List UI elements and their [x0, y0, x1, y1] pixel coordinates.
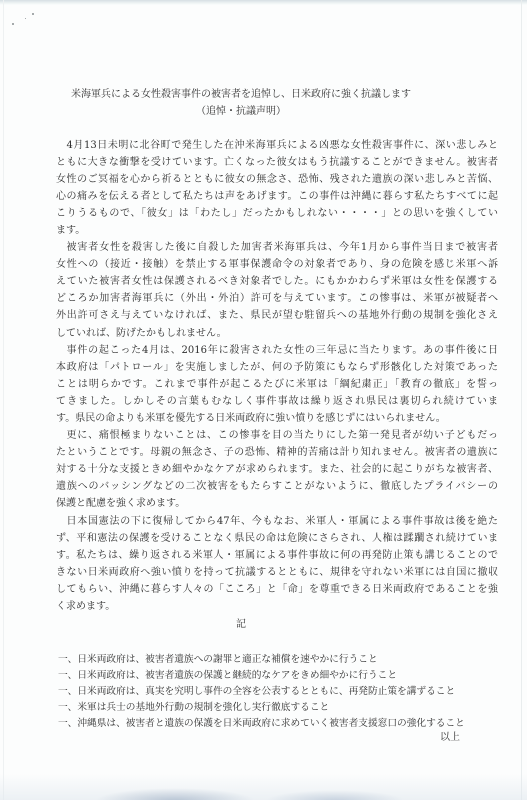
paragraph-line: ともに大きな衝撃を受けています。亡くなった彼女はもう抗議することができません。被… — [56, 154, 498, 171]
demand-item: 一、日米両政府は、被害者遺族の保護と継続的なケアをきめ細やかに行うこと — [58, 668, 508, 684]
paragraph-line: きない日米両政府へ強い憤りを持って抗議するとともに、規律を守れない米軍には自国に… — [56, 564, 498, 581]
demand-item: 一、日米両政府は、被害者遺族への謝罪と適正な補償を速やかに行うこと — [58, 652, 508, 668]
paragraph-line: 遺族へのバッシングなどの二次被害をもたらすことがないように、徹底したプライバシー… — [56, 478, 498, 495]
paragraph-line: す。県民の命よりも米軍を優先する日米両政府に強い憤りを感じずにはいられません。 — [56, 410, 498, 427]
demand-item: 一、沖縄県は、被害者と遺族の保護を日米両政府に求めていく被害者支援窓口の強化する… — [58, 716, 508, 732]
demand-marker: 一、 — [58, 654, 77, 665]
paragraph-line: てきました。しかしその言葉もむなしく事件事故は繰り返され県民は裏切られ続けていま — [56, 393, 498, 410]
paragraph-line: 女性のご冥福を心から祈るとともに彼女の無念さ、恐怖、残された遺族の深い悲しみと苦… — [56, 171, 498, 188]
paragraph-line: 心の痛みを伝える者として私たちは声をあげます。この事件は沖縄に暮らす私たちすべて… — [56, 188, 498, 205]
demands-list: 一、日米両政府は、被害者遺族への謝罪と適正な補償を速やかに行うこと 一、日米両政… — [58, 652, 508, 732]
paragraph-line: 保護と配慮を強く求めます。 — [56, 495, 498, 512]
scan-smudge — [0, 774, 527, 800]
paragraph-line: 事件の起こった4月は、2016年に殺害された女性の三年忌に当たります。あの事件後… — [56, 342, 498, 359]
paragraph-line: ことは明らかです。これまで事件が起こるたびに米軍は「綱紀粛正」「教育の徹底」を誓… — [56, 376, 498, 393]
demand-marker: 一、 — [58, 670, 77, 681]
scan-right-edge — [521, 0, 522, 800]
ki-heading: 記 — [40, 618, 442, 632]
document-title: 米海軍兵による女性殺害事件の被害者を追悼し、日米政府に強く抗議します — [40, 88, 442, 102]
paragraph: 被害者女性を殺害した後に自殺した加害者米海軍兵は、今年1月から事件当日まで被害者… — [56, 239, 498, 342]
closing-mark: 以上 — [440, 731, 460, 745]
paragraph-line: 4月13日未明に北谷町で発生した在沖米海軍兵による凶悪な女性殺害事件に、深い悲し… — [56, 137, 498, 154]
paragraph-line: 日本国憲法の下に復帰してから47年、今もなお、米軍人・軍属による事件事故は後を絶… — [56, 513, 498, 530]
scanned-page: 米海軍兵による女性殺害事件の被害者を追悼し、日米政府に強く抗議します （追悼・抗… — [0, 0, 527, 800]
scan-speck — [32, 13, 34, 15]
scan-left-edge — [3, 0, 4, 800]
paragraph-line: してもらい、沖縄に暮らす人々の「こころ」と「命」を尊重できる日米両政府であること… — [56, 581, 498, 598]
demand-text: 日米両政府は、被害者遺族への謝罪と適正な補償を速やかに行うこと — [77, 654, 377, 665]
paragraph-line: たということです。母親の無念さ、子の恐怖、精神的苦痛は計り知れません。被害者の遺… — [56, 444, 498, 461]
document-subtitle: （追悼・抗議声明） — [40, 105, 442, 119]
paragraph: 更に、痛恨極まりないことは、この惨事を目の当たりにした第一発見者が幼い子どもだっ… — [56, 427, 498, 512]
paragraph-line: していれば、防げたかもしれません。 — [56, 325, 498, 342]
demand-marker: 一、 — [58, 718, 77, 729]
demand-item: 一、日米両政府は、真実を究明し事件の全容を公表するとともに、再発防止策を講ずるこ… — [58, 684, 508, 700]
paragraph-line: ます。 — [56, 222, 498, 239]
demand-text: 沖縄県は、被害者と遺族の保護を日米両政府に求めていく被害者支援窓口の強化すること — [77, 718, 465, 729]
scan-top-edge — [0, 0, 527, 5]
demand-item: 一、米軍は兵士の基地外行動の規制を強化し実行徹底すること — [58, 700, 508, 716]
paragraph: 事件の起こった4月は、2016年に殺害された女性の三年忌に当たります。あの事件後… — [56, 342, 498, 427]
scan-speck — [25, 18, 26, 19]
paragraph-line: 更に、痛恨極まりないことは、この惨事を目の当たりにした第一発見者が幼い子どもだっ — [56, 427, 498, 444]
demand-text: 米軍は兵士の基地外行動の規制を強化し実行徹底すること — [77, 702, 329, 713]
paragraph: 4月13日未明に北谷町で発生した在沖米海軍兵による凶悪な女性殺害事件に、深い悲し… — [56, 137, 498, 240]
paragraph-line: どころか加害者海軍兵に（外出・外泊）許可を与えています。この惨事は、米軍が被疑者… — [56, 290, 498, 307]
paragraph-line: えていた被害者女性は保護されるべき対象者でした。にもかかわらず米軍は女性を保護す… — [56, 273, 498, 290]
paragraph: 日本国憲法の下に復帰してから47年、今もなお、米軍人・軍属による事件事故は後を絶… — [56, 513, 498, 616]
paragraph-line: こりうるもので、「彼女」は「わたし」だったかもしれない・・・・」との思いを強くし… — [56, 205, 498, 222]
paragraph-line: す。私たちは、繰り返される米軍人・軍属による事件事故に何の再発防止策も講じること… — [56, 547, 498, 564]
paragraph-line: く求めます。 — [56, 598, 498, 615]
demand-marker: 一、 — [58, 702, 77, 713]
paragraph-line: 被害者女性を殺害した後に自殺した加害者米海軍兵は、今年1月から事件当日まで被害者 — [56, 239, 498, 256]
demand-text: 日米両政府は、真実を究明し事件の全容を公表するとともに、再発防止策を講ずること — [77, 686, 455, 697]
paragraph-line: ず、平和憲法の保護を受けることなく県民の命は危険にさらされ、人権は蹂躙され続けて… — [56, 530, 498, 547]
paragraph-line: 本政府は「パトロール」を実施しましたが、何の予防策にもならず形骸化した対策であっ… — [56, 359, 498, 376]
paragraph-line: 外出許可さえ与えていなければ、また、県民が望む駐留兵への基地外行動の規制を強化さ… — [56, 307, 498, 324]
scan-speck — [12, 23, 14, 25]
paragraph-line: 女性への（接近・接触）を禁止する軍事保護命令の対象者であり、身の危険を感じ米軍へ… — [56, 256, 498, 273]
statement-body: 4月13日未明に北谷町で発生した在沖米海軍兵による凶悪な女性殺害事件に、深い悲し… — [56, 137, 498, 616]
demand-marker: 一、 — [58, 686, 77, 697]
demand-text: 日米両政府は、被害者遺族の保護と継続的なケアをきめ細やかに行うこと — [77, 670, 397, 681]
paragraph-line: 対する十分な支援ときめ細やかなケアが求められます。また、社会的に起こりがちな被害… — [56, 461, 498, 478]
